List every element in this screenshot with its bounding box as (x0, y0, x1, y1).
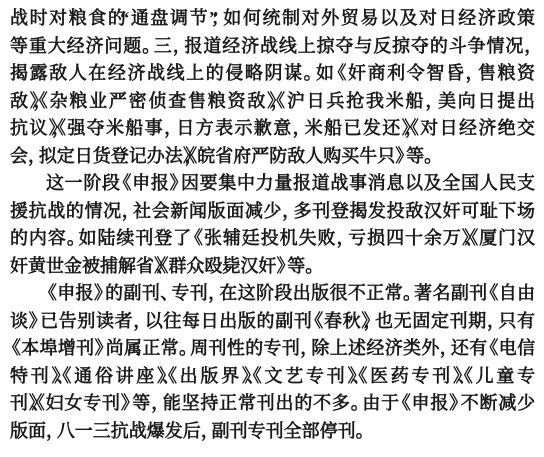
text-line: 版面，八一三抗战爆发后，副刊专刊全部停刊。 (10, 418, 535, 446)
text-line: 这一阶段《申报》因要集中力量报道战事消息以及全国人民支 (10, 170, 535, 198)
text-line: 等重大经济问题。三，报道经济战线上掠夺与反掠夺的斗争情况， (10, 33, 535, 61)
text-line: 敌》，《杂粮业严密侦查售粮资敌》，《沪日兵抢我米船，美向日提出 (10, 88, 535, 116)
text-line: 刊》、《妇女专刊》等，能坚持正常刊出的不多。由于《申报》不断减少 (10, 390, 535, 418)
text-line: 《本埠增刊》尚属正常。周刊性的专刊，除上述经济类外，还有《电信 (10, 335, 535, 363)
text-line: 揭露敌人在经济战线上的侵略阴谋。如《奸商利令智昏，售粮资 (10, 60, 535, 88)
scanned-page: 战时对粮食的“通盘调节”；如何统制对外贸易以及对日经济政策 等重大经济问题。三，… (0, 0, 544, 457)
text-line: 的内容。如陆续刊登了《张辅廷投机失败，亏损四十余万》、《厦门汉 (10, 225, 535, 253)
text-line: 会，拟定日货登记办法》，《皖省府严防敌人购买牛只》等。 (10, 143, 535, 171)
text-line: 奸黄世金被捕解省》、《群众殴毙汉奸》等。 (10, 253, 535, 281)
text-line: 特刊》、《通俗讲座》、《出版界》、《文艺专刊》、《医药专刊》、《儿童专 (10, 363, 535, 391)
text-line: 战时对粮食的“通盘调节”；如何统制对外贸易以及对日经济政策 (10, 5, 535, 33)
paragraph-1: 战时对粮食的“通盘调节”；如何统制对外贸易以及对日经济政策 等重大经济问题。三，… (10, 5, 535, 170)
paragraph-2: 这一阶段《申报》因要集中力量报道战事消息以及全国人民支 援抗战的情况，社会新闻版… (10, 170, 535, 280)
text-line: 谈》已告别读者，以往每日出版的副刊《春秋》，也无固定刊期，只有 (10, 308, 535, 336)
text-line: 《申报》的副刊、专刊，在这阶段出版很不正常。著名副刊《自由 (10, 280, 535, 308)
text-line: 援抗战的情况，社会新闻版面减少，多刊登揭发投敌汉奸可耻下场 (10, 198, 535, 226)
paragraph-3: 《申报》的副刊、专刊，在这阶段出版很不正常。著名副刊《自由 谈》已告别读者，以往… (10, 280, 535, 445)
text-line: 抗议》，《强夺米船事，日方表示歉意，米船已发还》，《对日经济绝交 (10, 115, 535, 143)
